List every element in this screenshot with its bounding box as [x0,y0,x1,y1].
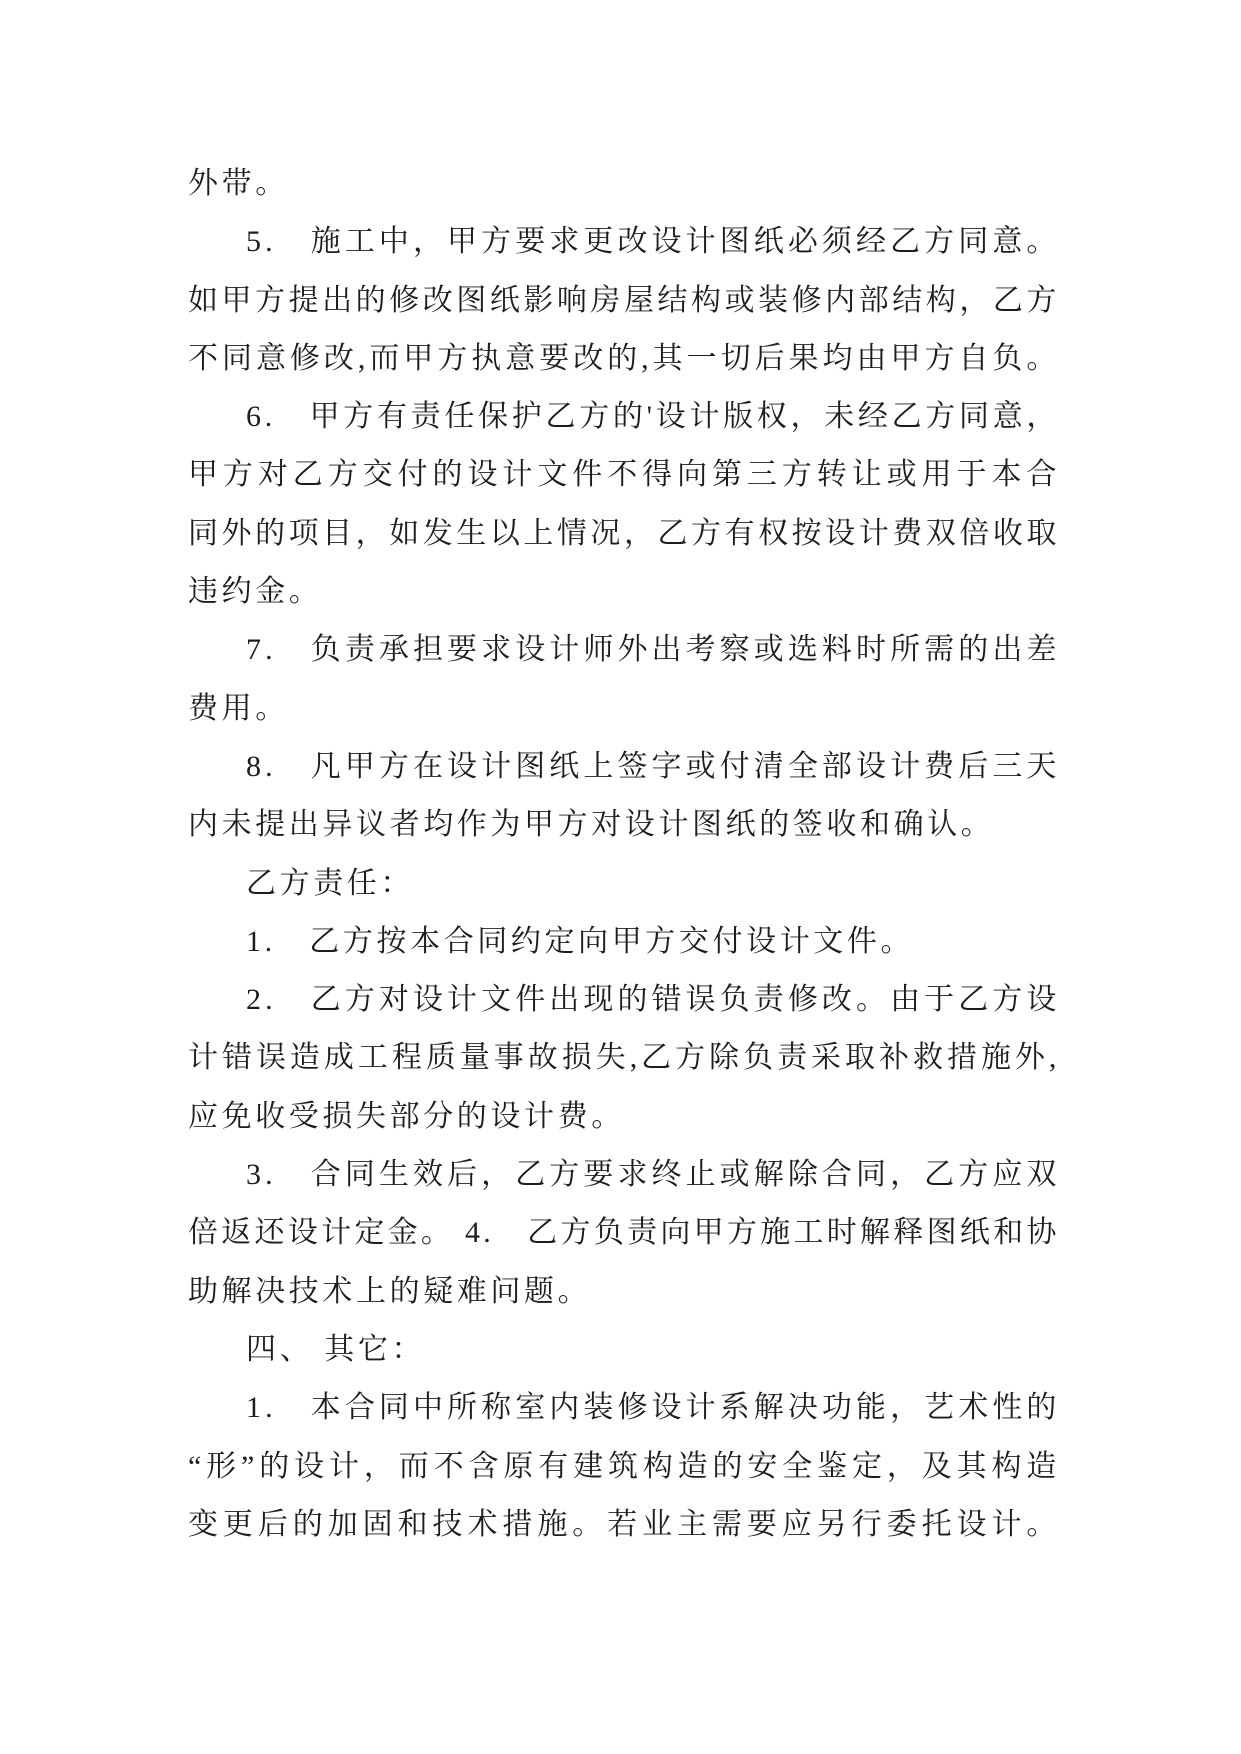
text-line-content: 甲方对乙方交付的设计文件不得向第三方转让或用于本合 [188,458,1061,491]
text-line: 6. 甲方有责任保护乙方的'设计版权，未经乙方同意， [188,388,1060,446]
text-line: 违约金。 [188,563,1060,621]
text-line: 同外的项目，如发生以上情况，乙方有权按设计费双倍收取 [188,505,1060,563]
text-line: 如甲方提出的修改图纸影响房屋结构或装修内部结构，乙方 [188,272,1060,330]
text-line-content: 外带。 [188,167,289,200]
text-line-content: 如甲方提出的修改图纸影响房屋结构或装修内部结构，乙方 [188,284,1060,317]
text-line-content: 1. 本合同中所称室内装修设计系解决功能，艺术性的 [246,1391,1060,1424]
text-line-content: 8. 凡甲方在设计图纸上签字或付清全部设计费后三天 [246,750,1060,783]
contract-text: 外带。5. 施工中，甲方要求更改设计图纸必须经乙方同意。如甲方提出的修改图纸影响… [188,155,1060,1554]
text-line-content: 7. 负责承担要求设计师外出考察或选料时所需的出差 [246,633,1060,666]
text-line-content: 四、 其它： [246,1333,425,1366]
text-line: 不同意修改,而甲方执意要改的,其一切后果均由甲方自负。 [188,330,1060,388]
text-line: 应免收受损失部分的设计费。 [188,1088,1060,1146]
text-line: 费用。 [188,680,1060,738]
text-line: 倍返还设计定金。 4. 乙方负责向甲方施工时解释图纸和协 [188,1204,1060,1262]
text-line: “形”的设计，而不含原有建筑构造的安全鉴定，及其构造 [188,1438,1060,1496]
text-line: 内未提出异议者均作为甲方对设计图纸的签收和确认。 [188,796,1060,854]
text-line-content: 变更后的加固和技术措施。若业主需要应另行委托设计。 [188,1508,1061,1541]
text-line: 助解决技术上的疑难问题。 [188,1263,1060,1321]
text-line: 2. 乙方对设计文件出现的错误负责修改。由于乙方设 [188,971,1060,1029]
text-line: 变更后的加固和技术措施。若业主需要应另行委托设计。 [188,1496,1060,1554]
text-line-content: 内未提出异议者均作为甲方对设计图纸的签收和确认。 [188,808,994,841]
text-line: 外带。 [188,155,1060,213]
text-line-content: 计错误造成工程质量事故损失,乙方除负责采取补救措施外, [188,1041,1060,1074]
text-line-content: 乙方责任： [246,867,414,900]
text-line-content: 1. 乙方按本合同约定向甲方交付设计文件。 [246,925,914,958]
text-line-content: 违约金。 [188,575,322,608]
text-line: 7. 负责承担要求设计师外出考察或选料时所需的出差 [188,621,1060,679]
contract-page: 外带。5. 施工中，甲方要求更改设计图纸必须经乙方同意。如甲方提出的修改图纸影响… [0,0,1241,1754]
text-line: 四、 其它： [188,1321,1060,1379]
text-line-content: 同外的项目，如发生以上情况，乙方有权按设计费双倍收取 [188,517,1060,550]
text-line-content: 3. 合同生效后，乙方要求终止或解除合同，乙方应双 [246,1158,1060,1191]
text-line: 5. 施工中，甲方要求更改设计图纸必须经乙方同意。 [188,213,1060,271]
text-line: 乙方责任： [188,855,1060,913]
text-line-content: 费用。 [188,692,289,725]
text-line-content: 应免收受损失部分的设计费。 [188,1100,625,1133]
text-line: 计错误造成工程质量事故损失,乙方除负责采取补救措施外, [188,1029,1060,1087]
text-line-content: 6. 甲方有责任保护乙方的'设计版权，未经乙方同意， [246,400,1060,433]
text-line-content: 5. 施工中，甲方要求更改设计图纸必须经乙方同意。 [246,225,1060,258]
text-line: 3. 合同生效后，乙方要求终止或解除合同，乙方应双 [188,1146,1060,1204]
text-line-content: 倍返还设计定金。 4. 乙方负责向甲方施工时解释图纸和协 [188,1216,1060,1249]
text-line-content: 2. 乙方对设计文件出现的错误负责修改。由于乙方设 [246,983,1060,1016]
text-line: 1. 本合同中所称室内装修设计系解决功能，艺术性的 [188,1379,1060,1437]
text-line: 1. 乙方按本合同约定向甲方交付设计文件。 [188,913,1060,971]
text-line: 8. 凡甲方在设计图纸上签字或付清全部设计费后三天 [188,738,1060,796]
text-line-content: “形”的设计，而不含原有建筑构造的安全鉴定，及其构造 [188,1450,1061,1483]
text-line: 甲方对乙方交付的设计文件不得向第三方转让或用于本合 [188,446,1060,504]
text-line-content: 助解决技术上的疑难问题。 [188,1275,591,1308]
text-line-content: 不同意修改,而甲方执意要改的,其一切后果均由甲方自负。 [188,342,1060,375]
